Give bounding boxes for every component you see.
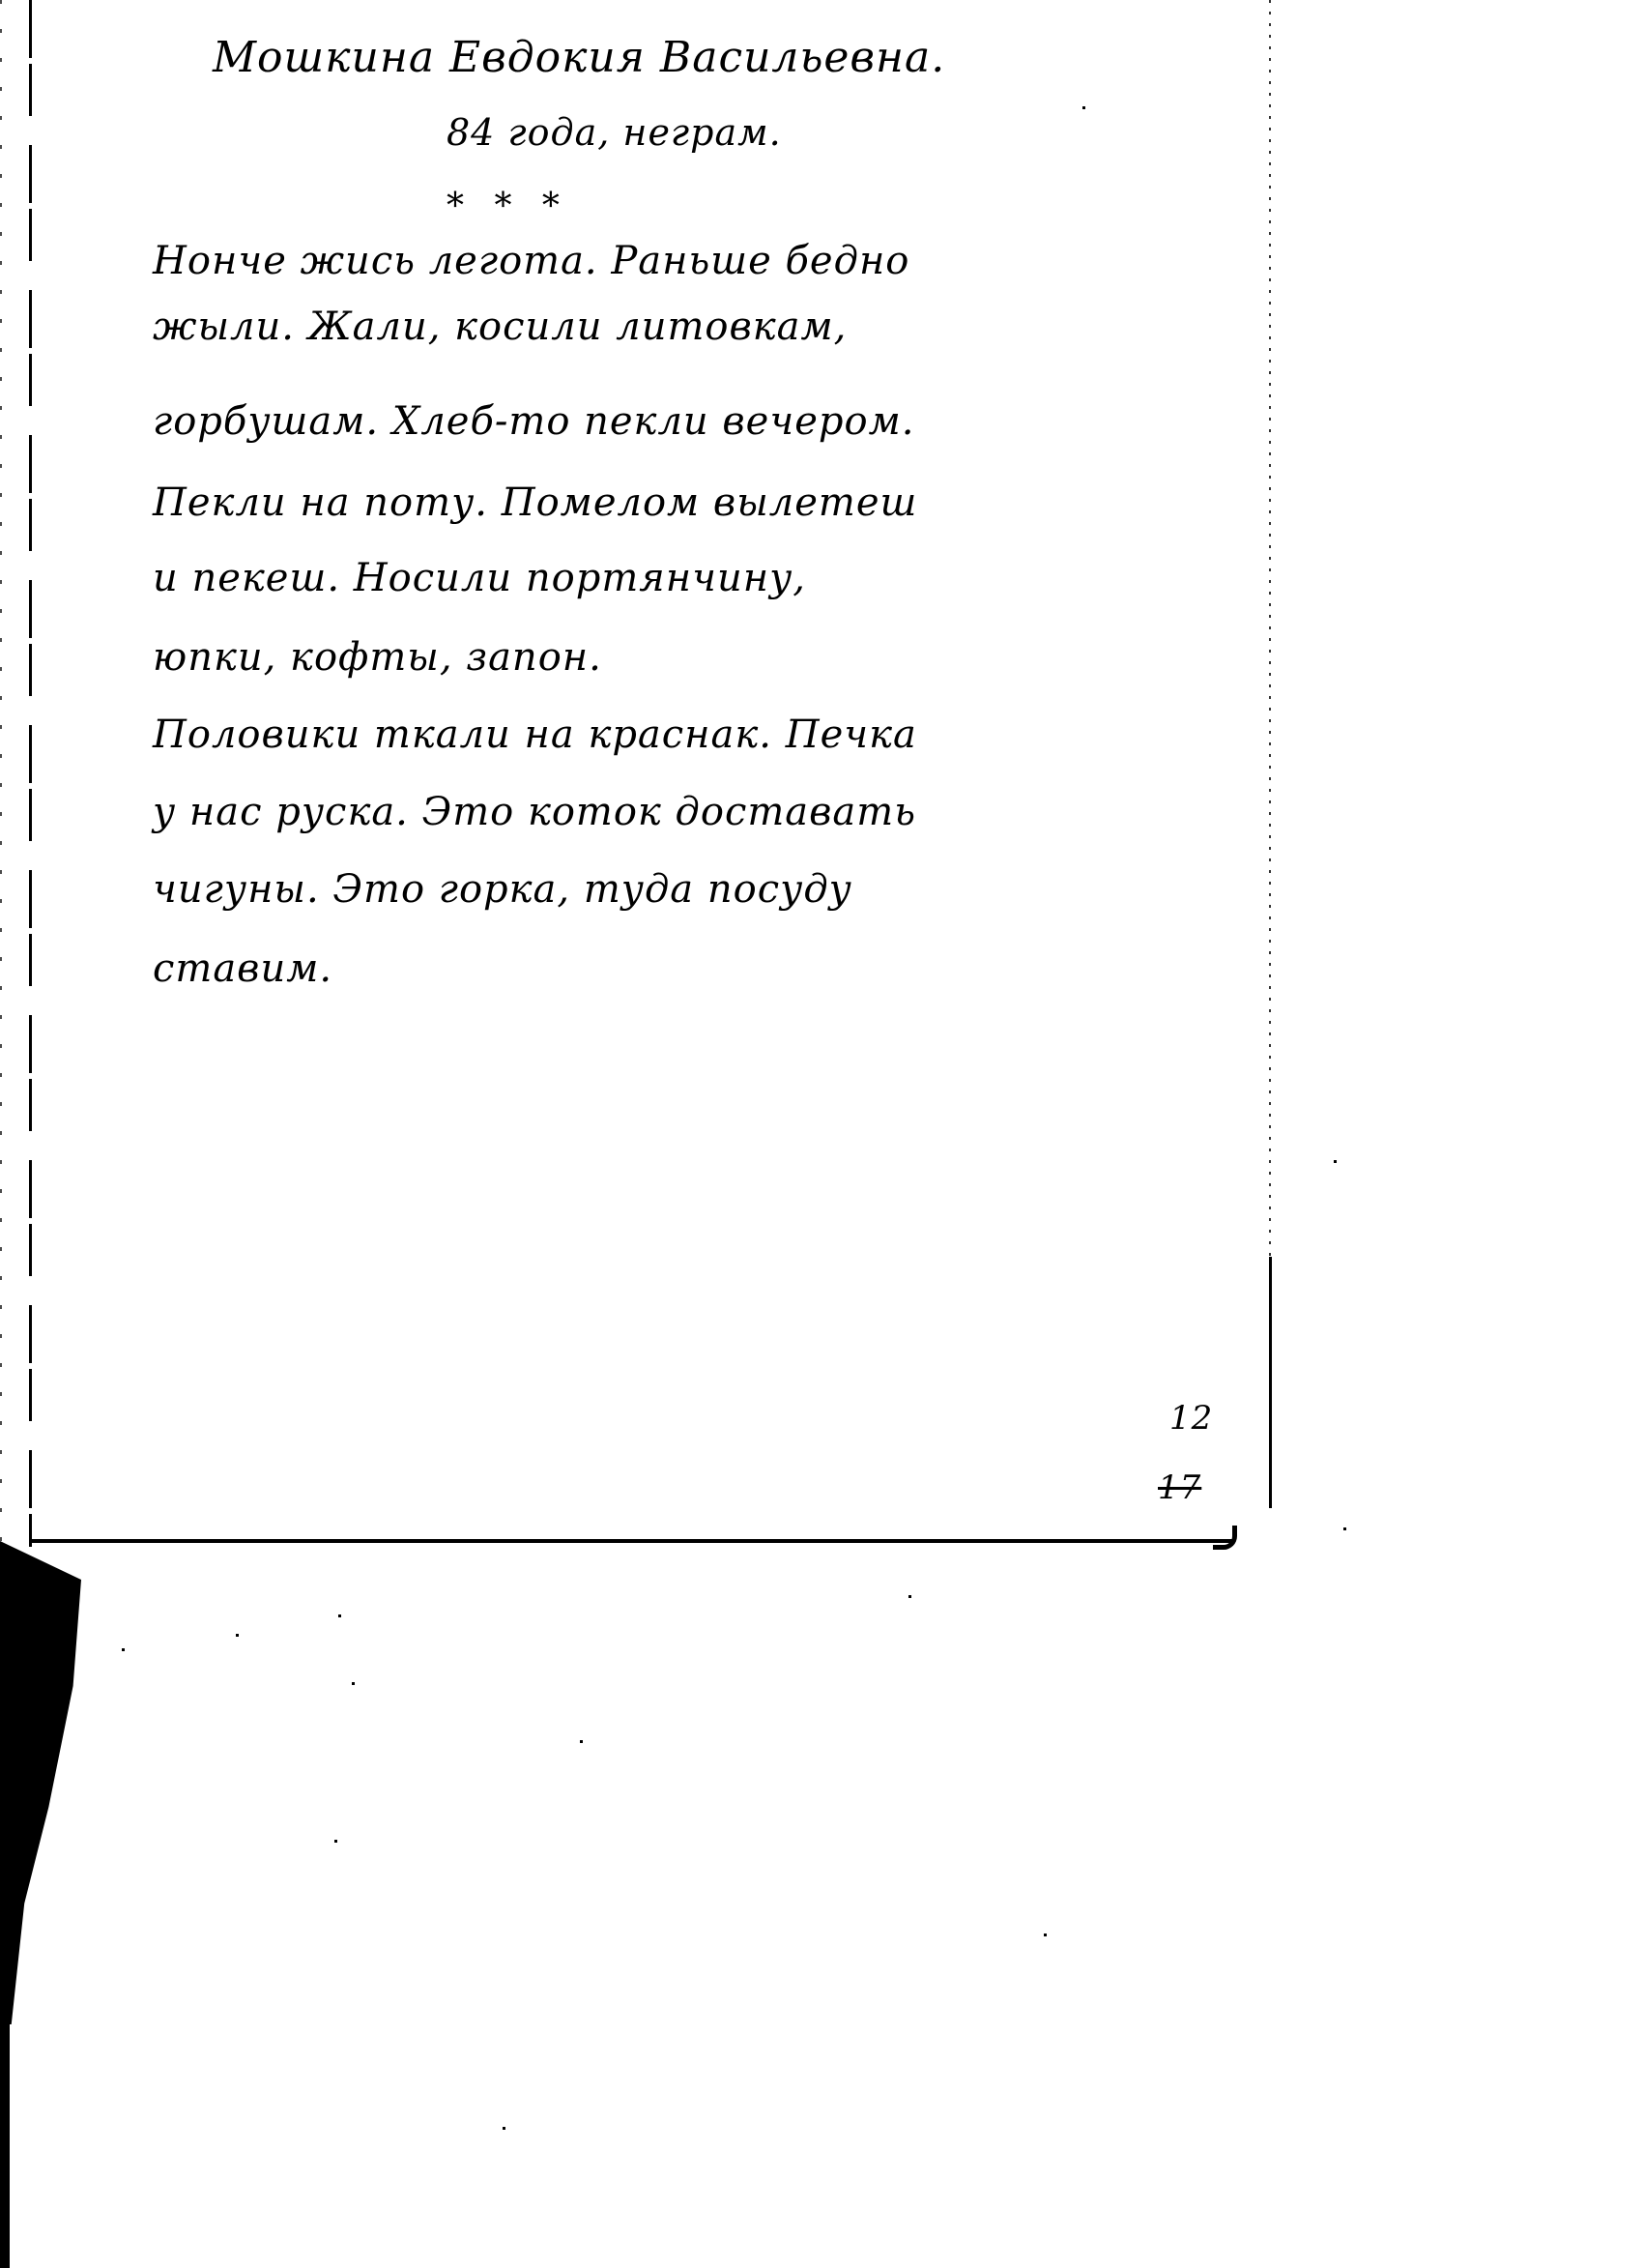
scan-shadow: [0, 1541, 81, 2024]
sheet-outer-edge: [0, 0, 2, 1547]
scanned-page: Мошкина Евдокия Васильевна. 84 года, нег…: [0, 0, 1643, 2268]
page-number: 12: [1169, 1402, 1213, 1435]
section-separator: * * *: [447, 189, 569, 224]
scan-speck: [334, 1840, 337, 1843]
scan-speck: [908, 1595, 911, 1598]
scan-speck: [1044, 1934, 1047, 1936]
informant-name: Мошкина Евдокия Васильевна.: [213, 37, 945, 79]
scan-speck: [352, 1682, 355, 1685]
scan-speck: [122, 1648, 125, 1651]
sheet-bottom-edge: [29, 1539, 1232, 1543]
text-line: Нонче жись легота. Раньше бедно: [153, 242, 909, 280]
text-line: жыли. Жали, косили литовкам,: [153, 307, 847, 346]
scan-speck: [338, 1614, 341, 1617]
informant-info: 84 года, неграм.: [447, 114, 782, 151]
text-line: горбушам. Хлеб-то пекли вечером.: [153, 402, 914, 441]
scan-speck: [503, 2127, 505, 2130]
text-line: у нас руска. Это коток доставать: [153, 793, 916, 831]
scan-speck: [236, 1634, 239, 1637]
scan-speck: [1334, 1160, 1337, 1163]
text-line: Пекли на поту. Помелом вылетеш: [153, 483, 917, 522]
text-line: юпки, кофты, запон.: [153, 638, 602, 677]
sheet-corner-curl: [1213, 1526, 1237, 1550]
scan-speck: [1343, 1527, 1346, 1530]
text-line: Половики ткали на краснак. Печка: [153, 715, 917, 754]
sheet-left-edge: [29, 0, 32, 1547]
scan-speck: [1082, 106, 1085, 109]
text-line: ставим.: [153, 949, 332, 988]
text-line: чигуны. Это горка, туда посуду: [153, 870, 852, 909]
scan-speck: [580, 1740, 583, 1743]
page-number-crossed-out: 17: [1158, 1471, 1201, 1504]
text-line: и пекеш. Носили портянчину,: [153, 559, 806, 597]
scan-shadow-strip: [0, 2021, 10, 2268]
sheet-right-edge-solid: [1269, 1257, 1272, 1508]
